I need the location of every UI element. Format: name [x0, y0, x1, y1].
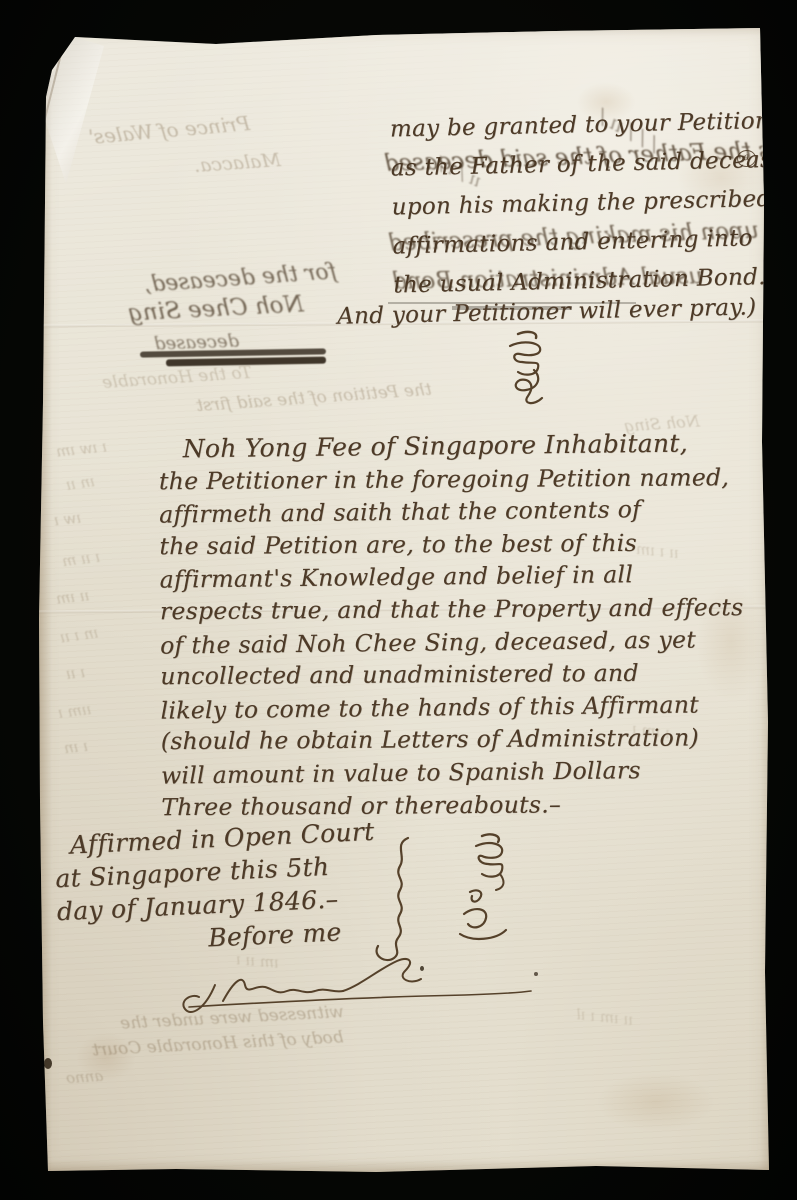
foxing-stain	[76, 1032, 136, 1082]
photograph-background: may be granted to your Petitioneras the …	[0, 0, 797, 1200]
handwritten-line: Three thousand or thereabouts.–	[161, 786, 791, 823]
bleedthrough-fragment: ıı ım ı ıl	[575, 1005, 634, 1029]
bleedthrough-fragment: Malacca.	[193, 149, 281, 177]
bleedthrough-fragment: ıı ım	[55, 586, 90, 607]
bleedthrough-fragment: for the deceased,	[143, 259, 337, 297]
bleedthrough-fragment: Noh Chee Sing	[127, 291, 304, 326]
folded-corner-top-left	[36, 22, 146, 202]
bleedthrough-fragment: ın ı ıı	[59, 623, 100, 646]
bleedthrough-fragment: Prince of Wales'	[87, 111, 251, 149]
handwritten-line: of the said Noh Chee Sing, deceased, as …	[160, 622, 790, 662]
petition-closing-paragraph: may be granted to your Petitioneras the …	[389, 101, 794, 335]
fold-crease-line	[28, 46, 64, 184]
bleedthrough-fragment: body of this Honorable Court	[92, 1027, 344, 1060]
chinese-character-mark-top	[498, 326, 553, 411]
bleedthrough-fragment: ıım ı	[57, 700, 92, 722]
bleedthrough-fragment: ın ıı	[65, 472, 96, 494]
chinese-character-mark-bottom	[448, 830, 528, 950]
edge-speck	[44, 1058, 52, 1069]
bleedthrough-fragment: To the Honorable	[101, 363, 252, 393]
affidavit-paragraph: Noh Yong Fee of Singapore Inhabitant,the…	[159, 428, 792, 824]
bleedthrough-fragment: ı ın	[63, 737, 89, 757]
handwritten-line: likely to come to the hands of this Affi…	[160, 687, 790, 727]
bleedthrough-fragment: ı ıı m	[61, 548, 101, 571]
bleedthrough-fragment: ı ıı	[65, 663, 86, 683]
smudge-underline-bar	[166, 357, 326, 367]
manuscript-paper-sheet: may be granted to your Petitioneras the …	[36, 22, 772, 1176]
bleedthrough-fragment: ı ıw ım	[55, 437, 108, 460]
smudge-underline-bar	[140, 348, 326, 357]
handwritten-line: respects true, and that the Property and…	[160, 591, 790, 628]
bleedthrough-fragment: the Petition of the said first	[196, 380, 433, 416]
bleedthrough-fragment: anno	[65, 1067, 103, 1088]
foxing-stain	[596, 1072, 716, 1132]
bleedthrough-fragment: ıw ı	[53, 509, 82, 530]
attestation-paragraph: Affirmed in Open Courtat Singapore this …	[53, 815, 379, 961]
official-signature	[165, 945, 545, 1020]
bleedthrough-fragment: deceased	[154, 331, 240, 355]
handwritten-line: uncollected and unadministered to and	[160, 656, 790, 693]
